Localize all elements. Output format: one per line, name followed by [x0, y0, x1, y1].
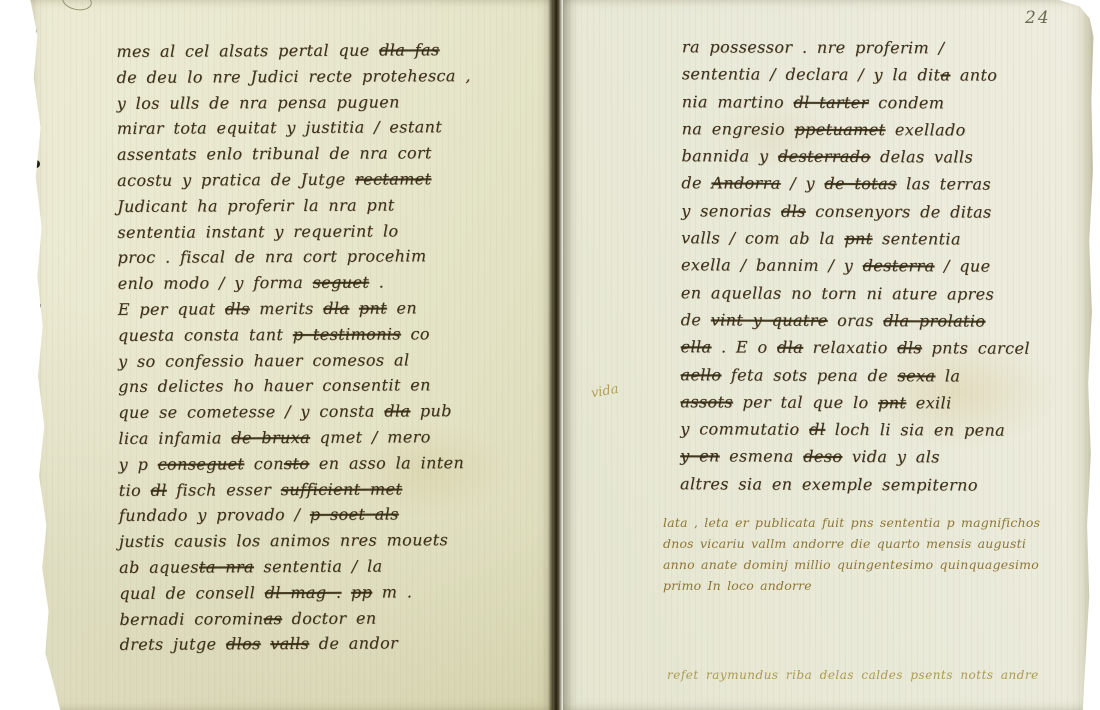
margin-note-vida: vida [590, 382, 620, 402]
manuscript-line: qual de consell dl mag . pp m . [119, 579, 473, 607]
manuscript-scan: mes al cel alsats pertal que dla fasde d… [0, 0, 1100, 710]
folio-number: 24 [1025, 8, 1051, 28]
manuscript-line: enlo modo / y forma seguet . [118, 269, 472, 297]
manuscript-line: refet raymundus riba delas caldes psents… [667, 666, 1039, 684]
manuscript-line: y so confessio hauer comesos al [118, 347, 472, 375]
manuscript-line: mirar tota equitat y justitia / estant [117, 114, 471, 142]
manuscript-line: aello feta sots pena de sexa la [680, 361, 1029, 390]
manuscript-line: proc . fiscal de nra cort procehim [117, 243, 471, 271]
manuscript-line: lata , leta er publicata fuit pns senten… [663, 512, 1040, 533]
manuscript-line: que se cometesse / y consta dla pub [118, 398, 472, 426]
deckle-edge-marks [22, 0, 26, 4]
manuscript-line: na engresio ppetuamet exellado [682, 115, 1031, 144]
manuscript-line: fundado y provado / p soet als [119, 501, 473, 529]
manuscript-line: de vint y quatre oras dla prolatio [681, 306, 1030, 335]
manuscript-line: anno anate dominj millio quingentesimo q… [663, 554, 1040, 575]
manuscript-line: ra possessor . nre proferim / [682, 33, 1031, 62]
manuscript-line: acostu y pratica de Jutge rectamet [117, 166, 471, 194]
manuscript-line: primo In loco andorre [663, 575, 1040, 596]
manuscript-line: ab aquesta nra sententia / la [119, 553, 473, 581]
manuscript-line: y senorias dls consenyors de ditas [681, 197, 1030, 226]
manuscript-line: bannida y desterrado delas valls [681, 142, 1030, 171]
manuscript-line: bernadi corominas doctor en [119, 605, 473, 633]
manuscript-line: y los ulls de nra pensa puguen [117, 89, 471, 117]
top-left-corner-mark [60, 0, 93, 13]
manuscript-line: ella . E o dla relaxatio dls pnts carcel [681, 334, 1030, 363]
manuscript-line: E per quat dls merits dla pnt en [118, 295, 472, 323]
left-page-text: mes al cel alsats pertal que dla fasde d… [116, 37, 473, 658]
manuscript-line: en aquellas no torn ni ature apres [681, 279, 1030, 308]
manuscript-line: de deu lo nre Judici recte protehesca , [117, 63, 471, 91]
manuscript-line: gns delictes ho hauer consentit en [118, 372, 472, 400]
book-spine [548, 0, 565, 710]
manuscript-line: altres sia en exemple sempiterno [680, 470, 1029, 499]
faint-bottom-note: refet raymundus riba delas caldes psents… [667, 666, 1039, 684]
manuscript-line: drets jutge dlos valls de andor [119, 630, 473, 658]
manuscript-line: valls / com ab la pnt sententia [681, 224, 1030, 253]
manuscript-line: sententia instant y requerint lo [117, 218, 471, 246]
manuscript-line: dnos vicariu vallm andorre die quarto me… [663, 533, 1040, 554]
right-page-text: ra possessor . nre proferim /sententia /… [680, 33, 1031, 499]
manuscript-line: justis causis los animos nres mouets [119, 527, 473, 555]
manuscript-line: de Andorra / y de totas las terras [681, 170, 1030, 199]
left-page: mes al cel alsats pertal que dla fasde d… [22, 0, 553, 710]
manuscript-line: lica infamia de bruxa qmet / mero [118, 424, 472, 452]
manuscript-line: assentats enlo tribunal de nra cort [117, 140, 471, 168]
manuscript-line: nia martino dl tarter condem [682, 88, 1031, 117]
right-page: 24 vida ra possessor . nre proferim /sen… [563, 0, 1094, 710]
manuscript-line: y commutatio dl loch li sia en pena [680, 415, 1029, 444]
manuscript-line: Judicant ha proferir la nra pnt [117, 192, 471, 220]
manuscript-line: questa consta tant p testimonis co [118, 321, 472, 349]
manuscript-line: assots per tal que lo pnt exili [680, 388, 1029, 417]
manuscript-line: sententia / declara / y la dita anto [682, 61, 1031, 90]
manuscript-line: y p conseguet consto en asso la inten [119, 450, 473, 478]
manuscript-line: tio dl fisch esser sufficient met [119, 476, 473, 504]
manuscript-line: y en esmena deso vida y als [680, 443, 1029, 472]
manuscript-line: mes al cel alsats pertal que dla fas [116, 37, 470, 65]
notary-attestation-block: lata , leta er publicata fuit pns senten… [663, 512, 1040, 596]
manuscript-line: exella / bannim / y desterra / que [681, 252, 1030, 281]
